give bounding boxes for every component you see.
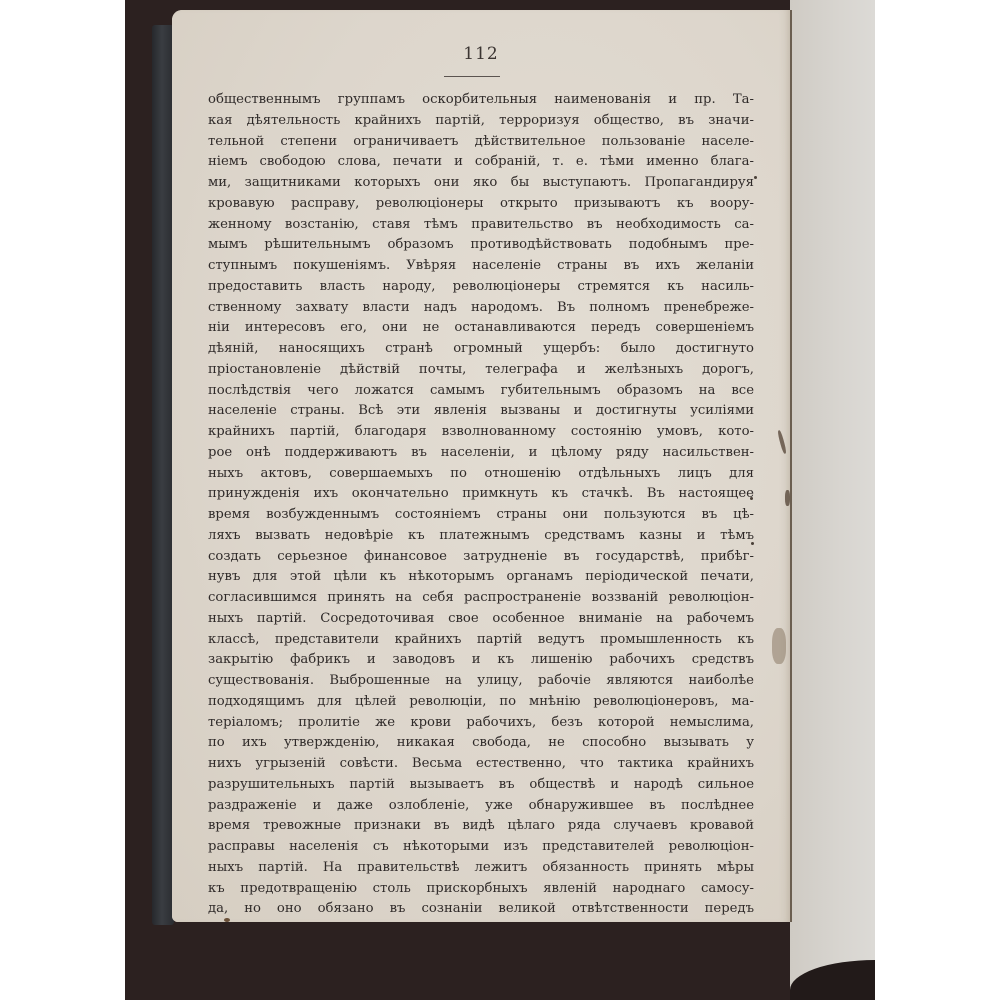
text-line: ніемъ свободою слова, печати и собраній,… [208,152,754,173]
paper-speck [224,918,230,922]
text-line: предоставить власть народу, революціонер… [208,277,754,298]
text-line: общественнымъ группамъ оскорбительныя на… [208,90,754,111]
text-line: кровавую расправу, революціонеры открыто… [208,194,754,215]
text-line: закрытію фабрикъ и заводовъ и къ лишенію… [208,650,754,671]
text-line: ныхъ актовъ, совершаемыхъ по отношенію о… [208,464,754,485]
paper-stain [772,628,786,664]
text-line: раздраженіе и даже озлобленіе, уже обнар… [208,796,754,817]
text-line: ніи интересовъ его, они не останавливают… [208,318,754,339]
text-line: рое онѣ поддерживаютъ въ населеніи, и цѣ… [208,443,754,464]
page-number-rule [444,76,500,77]
text-line: женному возстанію, ставя тѣмъ правительс… [208,215,754,236]
paper-stain [777,430,787,454]
text-line: ми, защитниками которыхъ они яко бы выст… [208,173,754,194]
text-line: кая дѣятельность крайнихъ партій, террор… [208,111,754,132]
text-line: по ихъ утвержденію, никакая свобода, не … [208,733,754,754]
text-line: тельной степени ограничиваетъ дѣйствител… [208,132,754,153]
text-line: да, но оно обязано въ сознаніи великой о… [208,899,754,920]
text-line: подходящимъ для цѣлей революціи, по мнѣн… [208,692,754,713]
text-line: послѣдствія чего ложатся самымъ губитель… [208,381,754,402]
facing-page-edge [790,0,875,1000]
text-line: ступнымъ покушеніямъ. Увѣряя населеніе с… [208,256,754,277]
text-line: расправы населенія съ нѣкоторыми изъ пре… [208,837,754,858]
body-text: общественнымъ группамъ оскорбительныя на… [208,90,754,920]
paper-speck [750,497,753,500]
text-line: ляхъ вызвать недовѣріе къ платежнымъ сре… [208,526,754,547]
text-line: теріаломъ; пролитіе же крови рабочихъ, б… [208,713,754,734]
text-line: ныхъ партій. На правительствѣ лежитъ обя… [208,858,754,879]
text-line: мымъ рѣшительнымъ образомъ противодѣйств… [208,235,754,256]
text-line: къ предотвращенію столь прискорбныхъ явл… [208,879,754,900]
text-line: крайнихъ партій, благодаря взволнованном… [208,422,754,443]
page-number: 112 [172,44,790,64]
text-line: пріостановленіе дѣйствій почты, телеграф… [208,360,754,381]
text-line: дѣяній, наносящихъ странѣ огромный ущерб… [208,339,754,360]
text-line: согласившимся принять на себя распростра… [208,588,754,609]
paper-speck [754,176,757,179]
text-line: время возбужденнымъ состояніемъ страны о… [208,505,754,526]
paper-stain [785,490,790,506]
paper-speck [751,542,754,545]
text-line: нувъ для этой цѣли къ нѣкоторымъ органам… [208,567,754,588]
text-line: существованія. Выброшенные на улицу, раб… [208,671,754,692]
text-line: создать серьезное финансовое затрудненіе… [208,547,754,568]
text-line: классѣ, представители крайнихъ партій ве… [208,630,754,651]
text-line: нихъ угрызеній совѣсти. Весьма естествен… [208,754,754,775]
text-line: время тревожные признаки въ видѣ цѣлаго … [208,816,754,837]
text-line: ныхъ партій. Сосредоточивая свое особенн… [208,609,754,630]
text-line: населеніе страны. Всѣ эти явленія вызван… [208,401,754,422]
book-page: 112 общественнымъ группамъ оскорбительны… [172,10,792,922]
book-binding-spine [152,25,174,925]
text-line: разрушительныхъ партій вызываетъ въ обще… [208,775,754,796]
text-line: ственному захвату власти надъ народомъ. … [208,298,754,319]
text-line: принужденія ихъ окончательно примкнуть к… [208,484,754,505]
